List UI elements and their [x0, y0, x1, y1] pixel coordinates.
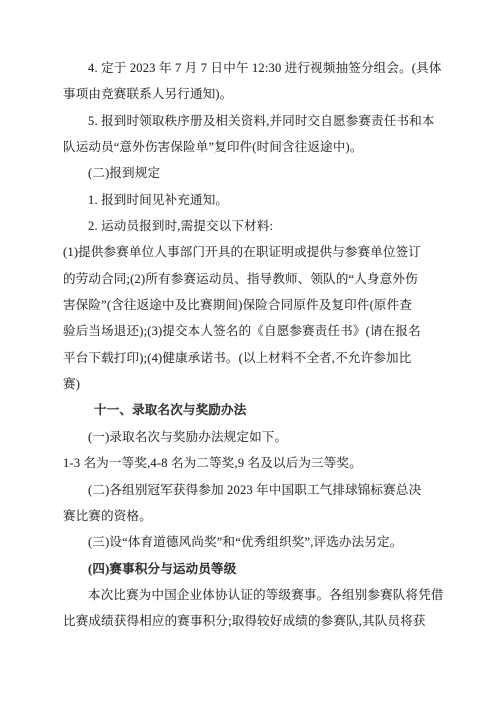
subsection-heading: (四)赛事积分与运动员等级: [63, 556, 440, 582]
text-line: 5. 报到时领取秩序册及相关资料,并同时交自愿参赛责任书和本: [63, 108, 440, 134]
text-line: (一)录取名次与奖励办法规定如下。: [63, 424, 440, 450]
subsection-label: (二)报到规定: [63, 160, 440, 186]
text-line: 害保险”(含往返途中及比赛期间)保险合同原件及复印件(原件查: [63, 292, 440, 318]
text-line: 赛比赛的资格。: [63, 503, 440, 529]
text-line: 的劳动合同;(2)所有参赛运动员、指导教师、领队的“人身意外伤: [63, 266, 440, 292]
text-line: (1)提供参赛单位人事部门开具的在职证明或提供与参赛单位签订: [63, 239, 440, 265]
document-text-block: 4. 定于 2023 年 7 月 7 日中午 12:30 进行视频抽签分组会。(…: [63, 55, 440, 635]
text-line: 1-3 名为一等奖,4-8 名为二等奖,9 名及以后为三等奖。: [63, 450, 440, 476]
text-line: 队运动员“意外伤害保险单”复印件(时间含往返途中)。: [63, 134, 440, 160]
text-line: 2. 运动员报到时,需提交以下材料:: [63, 213, 440, 239]
text-line: 事项由竞赛联系人另行通知)。: [63, 81, 440, 107]
document-page: 4. 定于 2023 年 7 月 7 日中午 12:30 进行视频抽签分组会。(…: [0, 0, 500, 707]
text-line: 本次比赛为中国企业体协认证的等级赛事。各组别参赛队将凭借: [63, 582, 440, 608]
text-line: 4. 定于 2023 年 7 月 7 日中午 12:30 进行视频抽签分组会。(…: [63, 55, 440, 81]
text-line: 验后当场退还);(3)提交本人签名的《自愿参赛责任书》(请在报名: [63, 318, 440, 344]
section-heading: 十一、录取名次与奖励办法: [63, 397, 440, 423]
text-line: 比赛成绩获得相应的赛事积分;取得较好成绩的参赛队,其队员将获: [63, 608, 440, 634]
text-line: (三)设“体育道德风尚奖”和“优秀组织奖”,评选办法另定。: [63, 529, 440, 555]
text-line: 平台下载打印);(4)健康承诺书。(以上材料不全者,不允许参加比: [63, 345, 440, 371]
text-line: 1. 报到时间见补充通知。: [63, 187, 440, 213]
text-line: (二)各组别冠军获得参加 2023 年中国职工气排球锦标赛总决: [63, 477, 440, 503]
text-line: 赛): [63, 371, 440, 397]
